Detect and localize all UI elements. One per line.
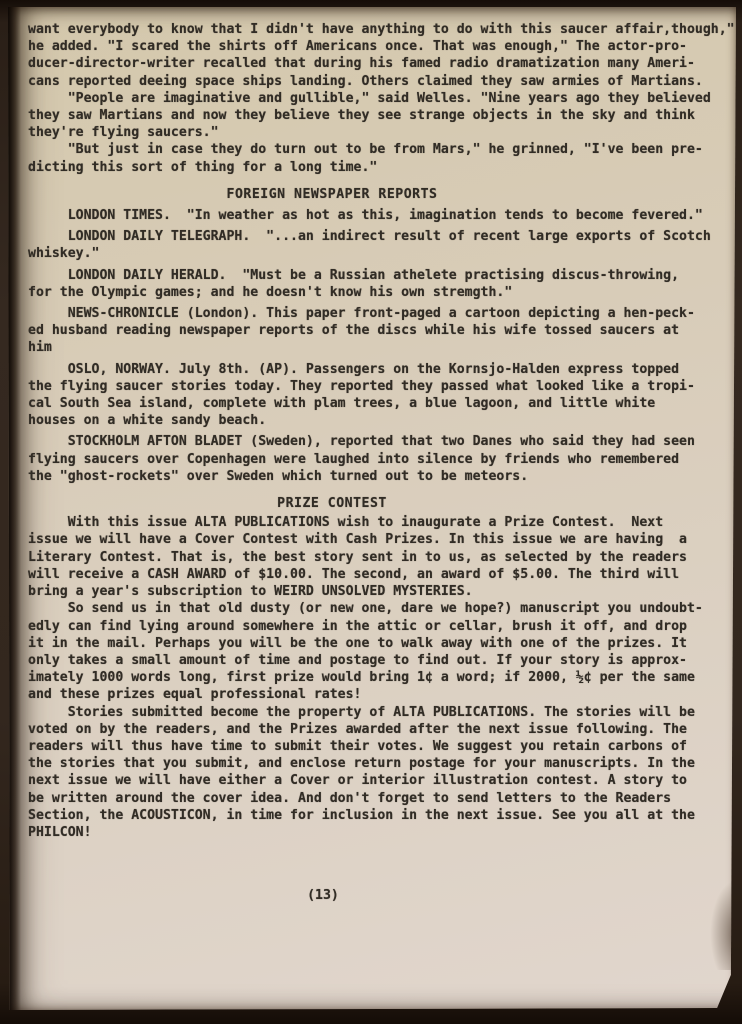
text-line: the flying saucer stories today. They re… [28, 378, 714, 395]
text-line: cal South Sea island, complete with plam… [28, 395, 714, 412]
text-line: "People are imaginative and gullible," s… [28, 90, 714, 107]
text-line: only takes a small amount of time and po… [28, 652, 714, 669]
newspaper-item: NEWS-CHRONICLE (London). This paper fron… [28, 305, 714, 357]
text-line: next issue we will have either a Cover o… [28, 772, 714, 789]
newspaper-item: LONDON TIMES. "In weather as hot as this… [28, 207, 714, 224]
text-line: LONDON TIMES. "In weather as hot as this… [28, 207, 714, 224]
text-line: him [28, 339, 714, 356]
text-line: STOCKHOLM AFTON BLADET (Sweden), reporte… [28, 433, 714, 450]
text-line: for the Olympic games; and he doesn't kn… [28, 284, 714, 301]
text-line: be written around the cover idea. And do… [28, 790, 714, 807]
paragraph: "But just in case they do turn out to be… [28, 141, 714, 175]
text-line: LONDON DAILY TELEGRAPH. "...an indirect … [28, 228, 714, 245]
text-line: PHILCON! [28, 824, 714, 841]
text-column: want everybody to know that I didn't hav… [28, 21, 714, 904]
paragraph: With this issue ALTA PUBLICATIONS wish t… [28, 514, 714, 600]
paragraph: So send us in that old dusty (or new one… [28, 600, 714, 703]
text-line: ducer-director-writer recalled that duri… [28, 55, 714, 72]
text-line: they saw Martians and now they believe t… [28, 107, 714, 124]
text-line: Stories submitted become the property of… [28, 704, 714, 721]
text-line: Section, the ACOUSTICON, in time for inc… [28, 807, 714, 824]
text-line: ed husband reading newspaper reports of … [28, 322, 714, 339]
text-line: "But just in case they do turn out to be… [28, 141, 714, 158]
section-heading: PRIZE CONTEST [28, 495, 636, 512]
text-line: issue we will have a Cover Contest with … [28, 531, 714, 548]
text-line: dicting this sort of thing for a long ti… [28, 159, 714, 176]
text-line: he added. "I scared the shirts off Ameri… [28, 38, 714, 55]
text-line: OSLO, NORWAY. July 8th. (AP). Passengers… [28, 361, 714, 378]
text-line: imately 1000 words long, first prize wou… [28, 669, 714, 686]
text-line: it in the mail. Perhaps you will be the … [28, 635, 714, 652]
text-line: houses on a white sandy beach. [28, 412, 714, 429]
text-line: and these prizes equal professional rate… [28, 686, 714, 703]
text-line: they're flying saucers." [28, 124, 714, 141]
text-line: the "ghost-rockets" over Sweden which tu… [28, 468, 714, 485]
page-number: (13) [28, 887, 618, 904]
text-line: So send us in that old dusty (or new one… [28, 600, 714, 617]
text-line: bring a year's subscription to WEIRD UNS… [28, 583, 714, 600]
text-line: want everybody to know that I didn't hav… [28, 21, 714, 38]
paragraph: Stories submitted become the property of… [28, 704, 714, 842]
text-line: LONDON DAILY HERALD. "Must be a Russian … [28, 267, 714, 284]
text-line: Literary Contest. That is, the best stor… [28, 549, 714, 566]
text-line: will receive a CASH AWARD of $10.00. The… [28, 566, 714, 583]
paragraph: want everybody to know that I didn't hav… [28, 21, 714, 90]
text-line: edly can find lying around somewhere in … [28, 618, 714, 635]
text-line: With this issue ALTA PUBLICATIONS wish t… [28, 514, 714, 531]
text-line: readers will thus have time to submit th… [28, 738, 714, 755]
text-line: NEWS-CHRONICLE (London). This paper fron… [28, 305, 714, 322]
scanned-page-paper: want everybody to know that I didn't hav… [8, 7, 736, 1010]
section-heading: FOREIGN NEWSPAPER REPORTS [28, 186, 636, 203]
text-line: voted on by the readers, and the Prizes … [28, 721, 714, 738]
text-line: cans reported deeing space ships landing… [28, 73, 714, 90]
newspaper-item: OSLO, NORWAY. July 8th. (AP). Passengers… [28, 361, 714, 430]
newspaper-item: LONDON DAILY HERALD. "Must be a Russian … [28, 267, 714, 301]
newspaper-item: STOCKHOLM AFTON BLADET (Sweden), reporte… [28, 433, 714, 485]
text-line: whiskey." [28, 245, 714, 262]
text-line: flying saucers over Copenhagen were laug… [28, 451, 714, 468]
paragraph: "People are imaginative and gullible," s… [28, 90, 714, 142]
newspaper-item: LONDON DAILY TELEGRAPH. "...an indirect … [28, 228, 714, 262]
text-line: the stories that you submit, and enclose… [28, 755, 714, 772]
